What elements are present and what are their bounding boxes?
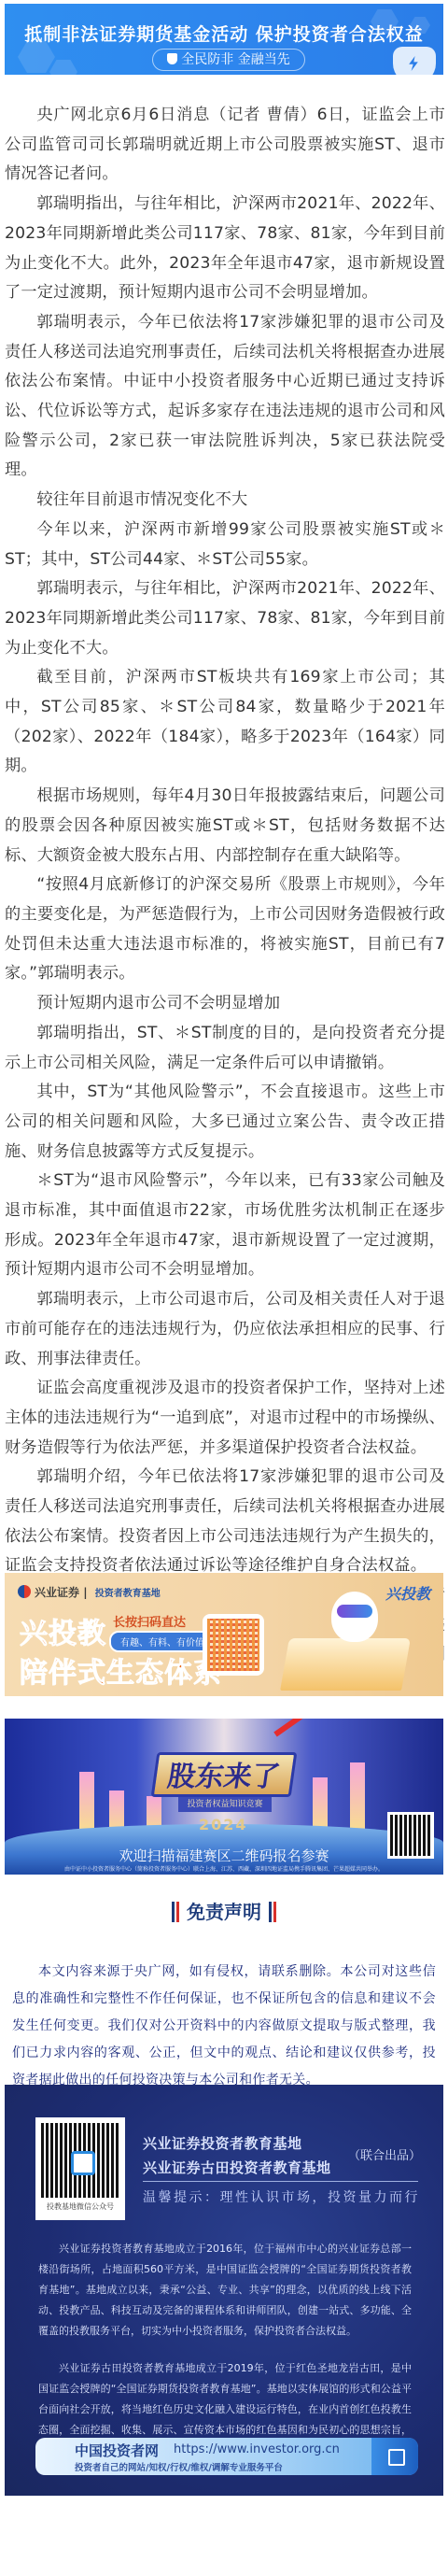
shield-lightning-icon [393,47,436,75]
contest-footnote: 由中证中小投资者服务中心（简称投资者服务中心）联合上海、江苏、西藏、深圳四地证监… [5,1864,443,1873]
contest-subtitle: 投资者权益知识竞赛 [178,1797,272,1812]
ad-subheadline: 陪伴式生态体系 [20,1649,222,1691]
contest-title: 股东来了 [151,1752,298,1797]
contest-cta: 欢迎扫描福建赛区二维码报名参赛 [5,1846,443,1865]
mascot-cat-illustration [331,1592,378,1642]
investor-education-footer: 投教基地微信公众号 兴业证券投资者教育基地 兴业证券古田投资者教育基地 （联合出… [5,2085,443,2496]
qr-caption: 投教基地微信公众号 [41,2201,119,2212]
warm-tip: 温馨提示：理性认识市场，投资量力而行 [143,2187,420,2206]
article-paragraph: 今年以来，沪深两市新增99家公司股票被实施ST或＊ST；其中，ST公司44家、＊… [5,516,445,574]
article-paragraph: 郭瑞明指出，ST、＊ST制度的目的，是向投资者充分提示上市公司相关风险，满足一定… [5,1019,445,1078]
qr-code[interactable] [41,2123,119,2198]
divider [143,2181,418,2182]
article-paragraph: 其中，ST为“其他风险警示”，不会直接退市。这些上市公司的相关问题和风险，大多已… [5,1078,445,1167]
article-subheading: 预计短期内退市公司不会明显增加 [5,989,445,1019]
site-name: 中国投资者网 [75,2441,159,2460]
hexagon-decoration [49,60,77,75]
divider-bar [269,1902,272,1922]
anti-fraud-banner: 抵制非法证券期货基金活动 保护投资者合法权益 全民防非 金融当先 [5,4,443,75]
hexagon-decoration [18,41,55,73]
org-description: 兴业证券投资者教育基地成立于2016年，位于福州市中心的兴业证券总部一楼沿街场所… [38,2239,412,2342]
article-body: 央广网北京6月6日消息（记者 曹倩）6日，证监会上市公司监管司司长郭瑞明就近期上… [5,101,445,1700]
org-name: 兴业证券投资者教育基地 [143,2133,302,2153]
qr-code[interactable] [387,1812,434,1859]
qr-code[interactable] [203,1614,264,1676]
org-name: 兴业证券古田投资者教育基地 [143,2158,331,2177]
building-illustration [350,1762,365,1837]
open-book-illustration [280,1638,411,1691]
disclaimer-text: 本文内容来源于央广网，如有侵权，请联系删除。本公司对这些信息的准确性和完整性不作… [12,1959,436,2094]
article-paragraph: 郭瑞明表示，上市公司退市后，公司及相关责任人对于退市前可能存在的违法违规行为，仍… [5,1285,445,1374]
disclaimer-heading: 免责声明 [0,1897,448,1924]
contest-year: 2024 [199,1816,248,1833]
article-paragraph: 根据市场规则，每年4月30日年报披露结束后，问题公司的股票会因各种原因被实施ST… [5,782,445,870]
industrial-securities-logo: 兴业证券 | 投资者教育基地 [18,1584,161,1600]
banner-title: 抵制非法证券期货基金活动 保护投资者合法权益 [5,21,443,46]
investor-site-card[interactable]: 中国投资者网 https://www.investor.org.cn 投资者自己… [35,2438,418,2475]
joint-label: （联合出品） [348,2145,421,2163]
divider-bar [176,1902,179,1922]
article-paragraph: 截至目前，沪深两市ST板块共有169家上市公司；其中，ST公司85家、＊ST公司… [5,663,445,782]
banner-slogan-pill: 全民防非 金融当先 [152,49,305,71]
article-paragraph: “按照4月底新修订的沪深交易所《股票上市规则》，今年的主要变化是，为严惩造假行为… [5,870,445,989]
article-paragraph: ＊ST为“退市风险警示”，今年以来，已有33家公司触及退市标准，其中面值退市22… [5,1167,445,1285]
xingtoujiao-ad-banner[interactable]: 兴业证券 | 投资者教育基地 兴投教 兴投教 长按扫码直达 有趣、有料、有价值!… [5,1573,443,1696]
graduation-cap-icon [371,2438,418,2475]
divider-bar [172,1902,175,1922]
swirl-logo-icon [18,1585,31,1598]
article-subheading: 较往年目前退市情况变化不大 [5,486,445,516]
article-paragraph: 郭瑞明表示，今年已依法将17家涉嫌犯罪的退市公司及责任人移送司法追究刑事责任，后… [5,308,445,486]
article-paragraph: 证监会高度重视涉及退市的投资者保护工作，坚持对上述主体的违法违规行为“一追到底”… [5,1374,445,1463]
brand-mark: 兴投教 [385,1582,430,1604]
banner-slogan: 全民防非 金融当先 [181,52,289,67]
rising-arrow-icon [273,1719,310,1736]
site-url-link[interactable]: https://www.investor.org.cn [174,2442,340,2456]
shield-icon [167,53,177,64]
site-slogan: 投资者自己的网站/知权/行权/维权/调解专业服务平台 [75,2460,283,2473]
ad-headline: 兴投教 [20,1610,106,1651]
article-paragraph: 郭瑞明指出，与往年相比，沪深两市2021年、2022年、2023年同期新增此类公… [5,190,445,308]
scan-hint: 长按扫码直达 [113,1612,186,1630]
wechat-qr-card[interactable]: 投教基地微信公众号 [35,2117,125,2220]
gudonglaile-ad-banner[interactable]: 股东来了 投资者权益知识竞赛 2024 欢迎扫描福建赛区二维码报名参赛 由中证中… [5,1719,443,1875]
article-paragraph: 央广网北京6月6日消息（记者 曹倩）6日，证监会上市公司监管司司长郭瑞明就近期上… [5,101,445,190]
article-paragraph: 郭瑞明介绍，今年已依法将17家涉嫌犯罪的退市公司及责任人移送司法追究刑事责任，后… [5,1463,445,1581]
divider-bar [273,1902,276,1922]
article-paragraph: 郭瑞明表示，与往年相比，沪深两市2021年、2022年、2023年同期新增此类公… [5,574,445,663]
